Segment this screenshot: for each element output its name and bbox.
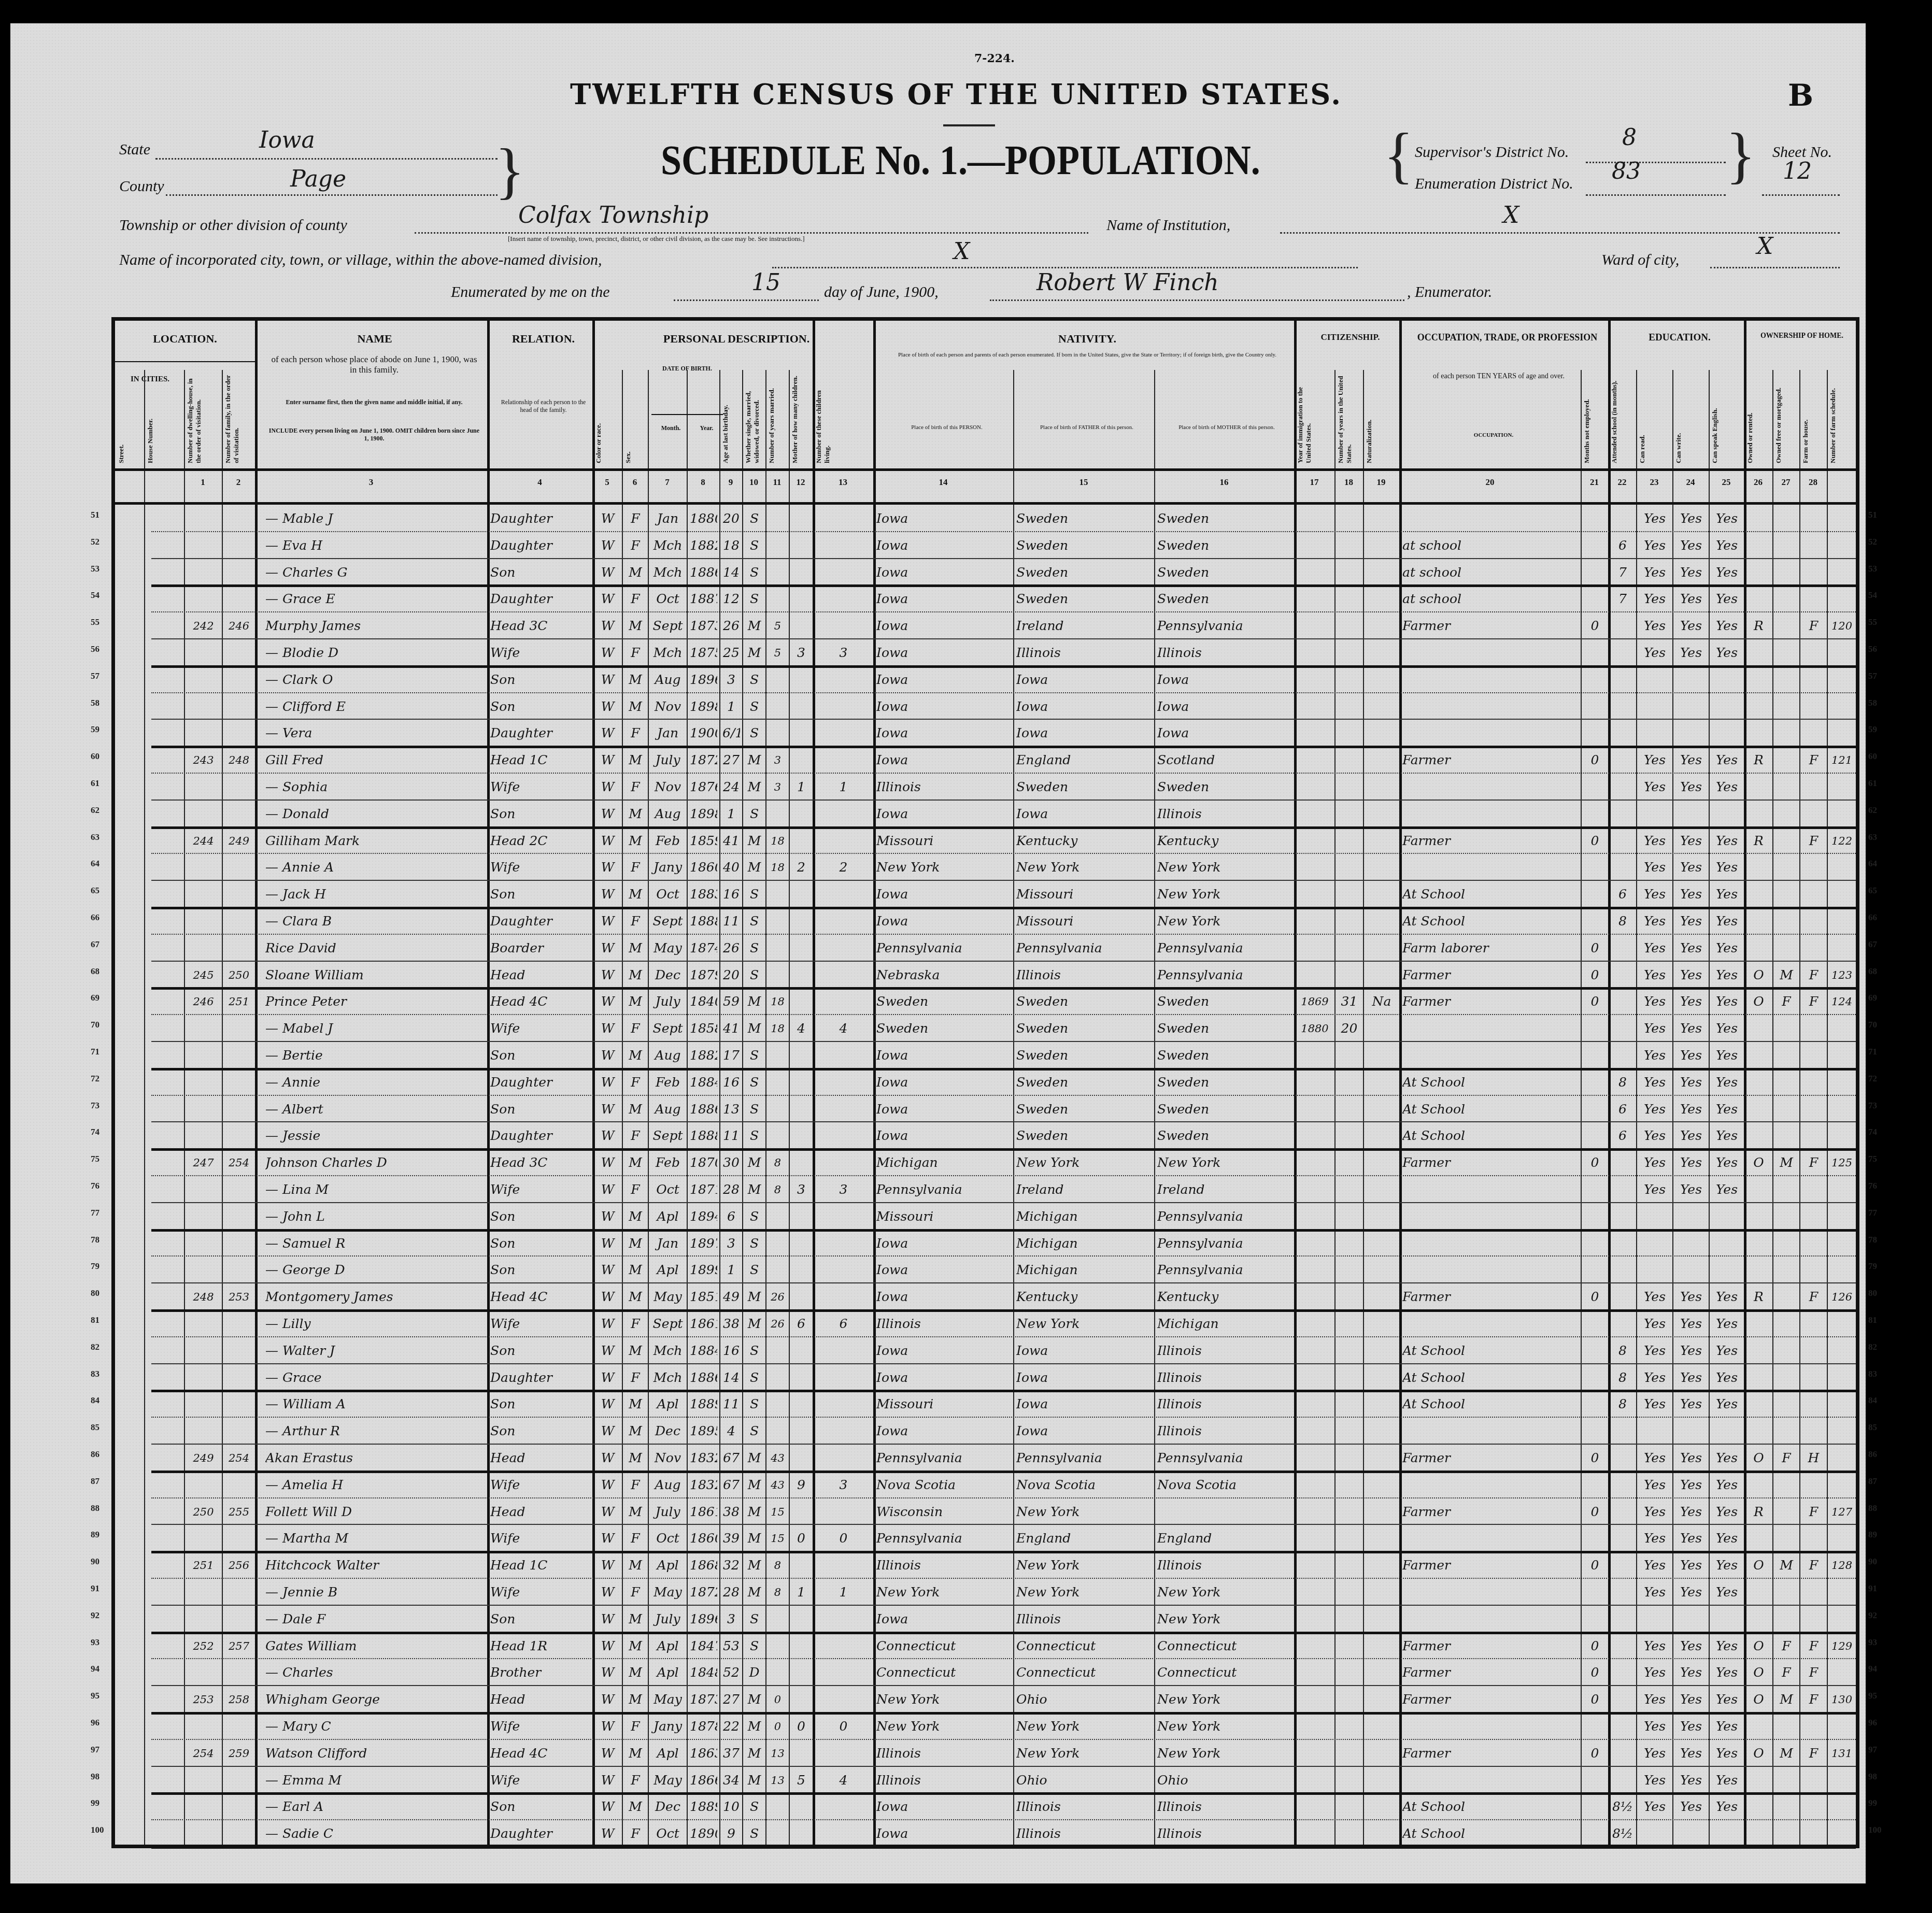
cell-farm-no	[1830, 801, 1854, 827]
cell-immig	[1297, 827, 1332, 854]
cell-name: — Charles	[265, 1659, 492, 1686]
cell-farm-no: 123	[1830, 962, 1854, 989]
cell-marital: S	[745, 693, 763, 720]
cell-relation: Wife	[490, 1176, 590, 1203]
cell-mortgage	[1775, 881, 1797, 908]
cell-marital: M	[745, 1713, 763, 1740]
cell-occupation: Farmer	[1402, 1659, 1579, 1686]
cell-name: — Charles G	[265, 559, 492, 586]
line-number: 80	[91, 1288, 100, 1298]
cell-school	[1611, 1015, 1634, 1042]
cell-months-unemp	[1584, 1418, 1606, 1445]
cell-farm-no: 128	[1830, 1552, 1854, 1579]
cell-yrs-married	[769, 1042, 787, 1069]
cell-mortgage	[1775, 827, 1797, 854]
row-separator	[151, 1846, 1856, 1849]
cell-yrs-married: 15	[769, 1498, 787, 1525]
cell-pob-father: England	[1016, 747, 1152, 774]
cell-farm-no: 127	[1830, 1498, 1854, 1525]
cell-farm	[1802, 1096, 1825, 1123]
cell-sex: F	[625, 639, 646, 666]
cell-sex: F	[625, 908, 646, 935]
cell-pob-mother: Iowa	[1157, 693, 1292, 720]
cell-natz	[1366, 1793, 1397, 1820]
cell-farm-no	[1830, 532, 1854, 559]
vertical-header-c8: Age at last birthday.	[721, 375, 740, 463]
cell-pob-father: Sweden	[1016, 1042, 1152, 1069]
cell-farm-no: 130	[1830, 1686, 1854, 1713]
cell-write: Yes	[1675, 1122, 1707, 1149]
cell-natz: Na	[1366, 988, 1397, 1015]
cell-read	[1639, 1606, 1670, 1633]
cell-year: 1882	[690, 1042, 717, 1069]
cell-sex: M	[625, 1203, 646, 1230]
line-number: 54	[91, 590, 100, 601]
cell-owned: R	[1747, 612, 1770, 639]
cell-color: W	[595, 1525, 620, 1552]
cell-farm-no	[1830, 586, 1854, 612]
cell-occupation	[1402, 1606, 1579, 1633]
cell-color: W	[595, 1069, 620, 1096]
cell-dwelling	[187, 693, 220, 720]
cell-pob-father: New York	[1016, 1498, 1152, 1525]
header-occupation: OCCUPATION, TRADE, OR PROFESSION	[1403, 332, 1612, 343]
cell-pob: Sweden	[876, 988, 1011, 1015]
cell-pob: New York	[876, 1579, 1011, 1606]
cell-living	[816, 1149, 871, 1176]
cell-dwelling	[187, 666, 220, 693]
cell-living	[816, 827, 871, 854]
cell-children	[792, 1337, 811, 1364]
cell-english: Yes	[1712, 854, 1742, 881]
cell-farm	[1802, 639, 1825, 666]
cell-read: Yes	[1639, 935, 1670, 962]
column-divider	[1334, 370, 1336, 1845]
cell-read: Yes	[1639, 1472, 1670, 1498]
cell-write: Yes	[1675, 639, 1707, 666]
cell-marital: M	[745, 1310, 763, 1337]
cell-farm-no	[1830, 1069, 1854, 1096]
cell-pob: Missouri	[876, 1391, 1011, 1418]
cell-marital: M	[745, 1472, 763, 1498]
cell-occupation: Farmer	[1402, 1283, 1579, 1310]
cell-yrs-us	[1338, 666, 1361, 693]
cell-write: Yes	[1675, 1069, 1707, 1096]
cell-write	[1675, 1203, 1707, 1230]
line-number: 63	[91, 832, 100, 843]
cell-living	[816, 693, 871, 720]
cell-name: Murphy James	[265, 612, 492, 639]
cell-relation: Daughter	[490, 1122, 590, 1149]
cell-name: Hitchcock Walter	[265, 1552, 492, 1579]
cell-sex: F	[625, 1015, 646, 1042]
cell-immig	[1297, 1203, 1332, 1230]
cell-family: 258	[225, 1686, 253, 1713]
cell-read: Yes	[1639, 827, 1670, 854]
cell-color: W	[595, 612, 620, 639]
line-number: 61	[91, 778, 100, 789]
cell-school	[1611, 1230, 1634, 1257]
cell-children	[792, 1122, 811, 1149]
cell-living	[816, 1364, 871, 1391]
cell-year: 1896	[690, 1606, 717, 1633]
cell-read: Yes	[1639, 1445, 1670, 1472]
header-name: NAME	[259, 332, 491, 346]
cell-immig	[1297, 935, 1332, 962]
cell-write	[1675, 1820, 1707, 1847]
cell-year: 1894	[690, 1203, 717, 1230]
cell-natz	[1366, 1579, 1397, 1606]
cell-yrs-us	[1338, 1633, 1361, 1660]
cell-year: 1887	[690, 586, 717, 612]
header-month: Month.	[651, 424, 690, 432]
cell-year: 1861	[690, 1498, 717, 1525]
cell-english: Yes	[1712, 1659, 1742, 1686]
column-divider	[184, 370, 185, 1845]
cell-living	[816, 935, 871, 962]
cell-pob-father: Ohio	[1016, 1686, 1152, 1713]
cell-name: — Clifford E	[265, 693, 492, 720]
cell-marital: M	[745, 639, 763, 666]
column-number: 7	[648, 477, 687, 488]
cell-immig	[1297, 1176, 1332, 1203]
cell-living	[816, 1122, 871, 1149]
cell-occupation: at school	[1402, 586, 1579, 612]
cell-farm	[1802, 559, 1825, 586]
cell-family	[225, 908, 253, 935]
line-number: 90	[91, 1557, 100, 1567]
column-number: 19	[1363, 477, 1399, 488]
line-number: 88	[1868, 1503, 1877, 1514]
enumerator-line	[990, 299, 1404, 301]
cell-farm	[1802, 1525, 1825, 1552]
cell-yrs-us	[1338, 1122, 1361, 1149]
cell-mortgage	[1775, 1203, 1797, 1230]
cell-immig	[1297, 532, 1332, 559]
cell-mortgage	[1775, 1310, 1797, 1337]
cell-immig	[1297, 1713, 1332, 1740]
cell-owned	[1747, 908, 1770, 935]
cell-farm-no	[1830, 1042, 1854, 1069]
header-personal: PERSONAL DESCRIPTION.	[596, 332, 877, 346]
state-label: State	[119, 141, 150, 159]
cell-months-unemp: 0	[1584, 747, 1606, 774]
cell-family	[225, 1793, 253, 1820]
cell-dwelling: 243	[187, 747, 220, 774]
cell-family	[225, 1579, 253, 1606]
cell-write: Yes	[1675, 1525, 1707, 1552]
cell-yrs-married	[769, 1659, 787, 1686]
cell-children	[792, 962, 811, 989]
cell-relation: Head 1C	[490, 1552, 590, 1579]
cell-read	[1639, 693, 1670, 720]
cell-sex: F	[625, 1820, 646, 1847]
cell-farm-no: 120	[1830, 612, 1854, 639]
cell-write: Yes	[1675, 612, 1707, 639]
cell-month: Jany	[651, 854, 685, 881]
cell-pob-father: Kentucky	[1016, 1283, 1152, 1310]
cell-color: W	[595, 1686, 620, 1713]
cell-read	[1639, 801, 1670, 827]
cell-relation: Head 3C	[490, 612, 590, 639]
cell-age: 20	[722, 962, 740, 989]
form-number: 7-224.	[974, 52, 1015, 65]
cell-school	[1611, 639, 1634, 666]
cell-age: 53	[722, 1633, 740, 1660]
line-number: 85	[1868, 1422, 1877, 1433]
sheet-value: 12	[1783, 158, 1812, 184]
cell-name: — Clark O	[265, 666, 492, 693]
cell-months-unemp: 0	[1584, 1659, 1606, 1686]
cell-farm	[1802, 1310, 1825, 1337]
cell-pob-father: Illinois	[1016, 962, 1152, 989]
cell-occupation	[1402, 1579, 1579, 1606]
cell-immig	[1297, 1633, 1332, 1660]
cell-relation: Daughter	[490, 505, 590, 532]
cell-school	[1611, 1257, 1634, 1283]
cell-farm	[1802, 1176, 1825, 1203]
cell-name: — Lilly	[265, 1310, 492, 1337]
cell-year: 1886	[690, 1364, 717, 1391]
cell-yrs-us	[1338, 1391, 1361, 1418]
cell-pob-mother: Illinois	[1157, 1820, 1292, 1847]
cell-owned	[1747, 639, 1770, 666]
cell-pob-mother: Illinois	[1157, 639, 1292, 666]
cell-color: W	[595, 1659, 620, 1686]
cell-children	[792, 1606, 811, 1633]
cell-pob: Iowa	[876, 1069, 1011, 1096]
cell-color: W	[595, 747, 620, 774]
cell-color: W	[595, 720, 620, 747]
cell-name: — Grace E	[265, 586, 492, 612]
cell-school: 8	[1611, 1364, 1634, 1391]
title-ornament	[943, 124, 995, 126]
cell-yrs-married	[769, 586, 787, 612]
cell-pob-mother: Connecticut	[1157, 1659, 1292, 1686]
cell-month: Mch	[651, 559, 685, 586]
cell-occupation	[1402, 1042, 1579, 1069]
line-number: 82	[91, 1342, 100, 1352]
cell-farm-no	[1830, 1418, 1854, 1445]
cell-children	[792, 532, 811, 559]
cell-relation: Wife	[490, 1525, 590, 1552]
cell-yrs-us	[1338, 1445, 1361, 1472]
cell-school	[1611, 1552, 1634, 1579]
township-line	[415, 232, 1088, 234]
header-citizenship: CITIZENSHIP.	[1298, 332, 1403, 342]
cell-color: W	[595, 908, 620, 935]
cell-color: W	[595, 1176, 620, 1203]
cell-english: Yes	[1712, 532, 1742, 559]
cell-pob-father: Pennsylvania	[1016, 935, 1152, 962]
cell-marital: M	[745, 1149, 763, 1176]
cell-immig	[1297, 1445, 1332, 1472]
cell-english: Yes	[1712, 1149, 1742, 1176]
cell-children: 5	[792, 1767, 811, 1794]
cell-write: Yes	[1675, 1310, 1707, 1337]
cell-farm	[1802, 881, 1825, 908]
cell-children: 1	[792, 1579, 811, 1606]
cell-farm-no	[1830, 1713, 1854, 1740]
cell-months-unemp	[1584, 532, 1606, 559]
cell-mortgage	[1775, 854, 1797, 881]
cell-pob-mother: Illinois	[1157, 801, 1292, 827]
cell-pob: Pennsylvania	[876, 935, 1011, 962]
cell-sex: M	[625, 666, 646, 693]
cell-relation: Wife	[490, 1713, 590, 1740]
cell-yrs-married: 8	[769, 1579, 787, 1606]
cell-farm	[1802, 1767, 1825, 1794]
cell-dwelling: 246	[187, 988, 220, 1015]
cell-year: 1861	[690, 1310, 717, 1337]
cell-months-unemp: 0	[1584, 962, 1606, 989]
cell-pob-father: Iowa	[1016, 1418, 1152, 1445]
cell-year: 1889	[690, 1793, 717, 1820]
cell-months-unemp	[1584, 666, 1606, 693]
cell-color: W	[595, 988, 620, 1015]
cell-marital: M	[745, 1579, 763, 1606]
cell-marital: M	[745, 827, 763, 854]
cell-marital: S	[745, 1364, 763, 1391]
cell-marital: D	[745, 1659, 763, 1686]
cell-occupation	[1402, 639, 1579, 666]
cell-yrs-us	[1338, 532, 1361, 559]
column-divider	[648, 370, 649, 1845]
cell-dwelling	[187, 774, 220, 801]
cell-living	[816, 1659, 871, 1686]
vertical-header-c23: Can write.	[1674, 375, 1707, 463]
line-number: 78	[1868, 1235, 1877, 1245]
cell-read: Yes	[1639, 1633, 1670, 1660]
cell-sex: M	[625, 1659, 646, 1686]
column-divider	[1013, 370, 1014, 1845]
cell-sex: M	[625, 1606, 646, 1633]
cell-school	[1611, 1472, 1634, 1498]
cell-age: 27	[722, 747, 740, 774]
cell-age: 41	[722, 827, 740, 854]
cell-yrs-married: 5	[769, 612, 787, 639]
cell-name: — Mabel J	[265, 1015, 492, 1042]
column-number: 4	[487, 477, 592, 488]
cell-occupation: Farmer	[1402, 1633, 1579, 1660]
line-number: 69	[91, 993, 100, 1003]
cell-read: Yes	[1639, 1149, 1670, 1176]
cell-children	[792, 693, 811, 720]
header-year: Year.	[690, 424, 723, 432]
cell-age: 38	[722, 1498, 740, 1525]
cell-school	[1611, 774, 1634, 801]
cell-relation: Daughter	[490, 532, 590, 559]
cell-age: 25	[722, 639, 740, 666]
cell-name: Akan Erastus	[265, 1445, 492, 1472]
cell-yrs-us	[1338, 612, 1361, 639]
cell-owned: O	[1747, 1659, 1770, 1686]
cell-dwelling	[187, 1203, 220, 1230]
cell-pob-father: Sweden	[1016, 988, 1152, 1015]
cell-year: 1897	[690, 1230, 717, 1257]
cell-yrs-married	[769, 720, 787, 747]
cell-yrs-us	[1338, 801, 1361, 827]
cell-children: 0	[792, 1525, 811, 1552]
cell-immig	[1297, 1069, 1332, 1096]
cell-age: 3	[722, 666, 740, 693]
line-number: 81	[91, 1315, 100, 1325]
cell-months-unemp	[1584, 1015, 1606, 1042]
cell-natz	[1366, 1498, 1397, 1525]
cell-month: Sept	[651, 908, 685, 935]
cell-owned: O	[1747, 1445, 1770, 1472]
cell-dwelling	[187, 1069, 220, 1096]
cell-read: Yes	[1639, 1042, 1670, 1069]
cell-pob-father: Illinois	[1016, 1820, 1152, 1847]
cell-marital: S	[745, 962, 763, 989]
cell-relation: Daughter	[490, 1820, 590, 1847]
cell-owned	[1747, 532, 1770, 559]
cell-yrs-us	[1338, 881, 1361, 908]
cell-sex: M	[625, 1283, 646, 1310]
cell-mortgage	[1775, 532, 1797, 559]
column-number: 16	[1154, 477, 1294, 488]
cell-months-unemp	[1584, 801, 1606, 827]
cell-yrs-married	[769, 1257, 787, 1283]
cell-dwelling: 250	[187, 1498, 220, 1525]
cell-children	[792, 1149, 811, 1176]
cell-name: — Grace	[265, 1364, 492, 1391]
cell-living	[816, 586, 871, 612]
cell-pob-mother: Pennsylvania	[1157, 1203, 1292, 1230]
cell-year: 1872	[690, 1579, 717, 1606]
cell-children	[792, 1498, 811, 1525]
cell-mortgage: F	[1775, 988, 1797, 1015]
cell-children	[792, 1740, 811, 1767]
cell-natz	[1366, 1257, 1397, 1283]
column-divider	[1672, 370, 1673, 1845]
cell-family	[225, 1042, 253, 1069]
cell-family	[225, 854, 253, 881]
cell-natz	[1366, 1176, 1397, 1203]
cell-children	[792, 666, 811, 693]
cell-year: 1889	[690, 1391, 717, 1418]
cell-children	[792, 1820, 811, 1847]
cell-pob: Iowa	[876, 1337, 1011, 1364]
cell-school: 8½	[1611, 1793, 1634, 1820]
cell-year: 1890	[690, 1820, 717, 1847]
cell-natz	[1366, 693, 1397, 720]
cell-farm: F	[1802, 1633, 1825, 1660]
line-number: 93	[91, 1637, 100, 1648]
line-number: 51	[91, 510, 100, 520]
cell-pob-mother: Sweden	[1157, 1042, 1292, 1069]
vertical-header-c27: Farm or house.	[1801, 375, 1825, 463]
cell-dwelling	[187, 639, 220, 666]
cell-school: 6	[1611, 1096, 1634, 1123]
cell-immig	[1297, 1767, 1332, 1794]
line-number: 94	[91, 1664, 100, 1674]
cell-pob-father: Iowa	[1016, 693, 1152, 720]
cell-owned	[1747, 1203, 1770, 1230]
cell-name: — Clara B	[265, 908, 492, 935]
cell-dwelling	[187, 1391, 220, 1418]
cell-marital: S	[745, 1606, 763, 1633]
cell-pob-mother: Ireland	[1157, 1176, 1292, 1203]
cell-pob-mother: Illinois	[1157, 1418, 1292, 1445]
cell-month: July	[651, 747, 685, 774]
cell-color: W	[595, 1713, 620, 1740]
line-number: 86	[91, 1449, 100, 1460]
cell-farm-no	[1830, 1364, 1854, 1391]
cell-marital: M	[745, 1552, 763, 1579]
cell-english: Yes	[1712, 827, 1742, 854]
